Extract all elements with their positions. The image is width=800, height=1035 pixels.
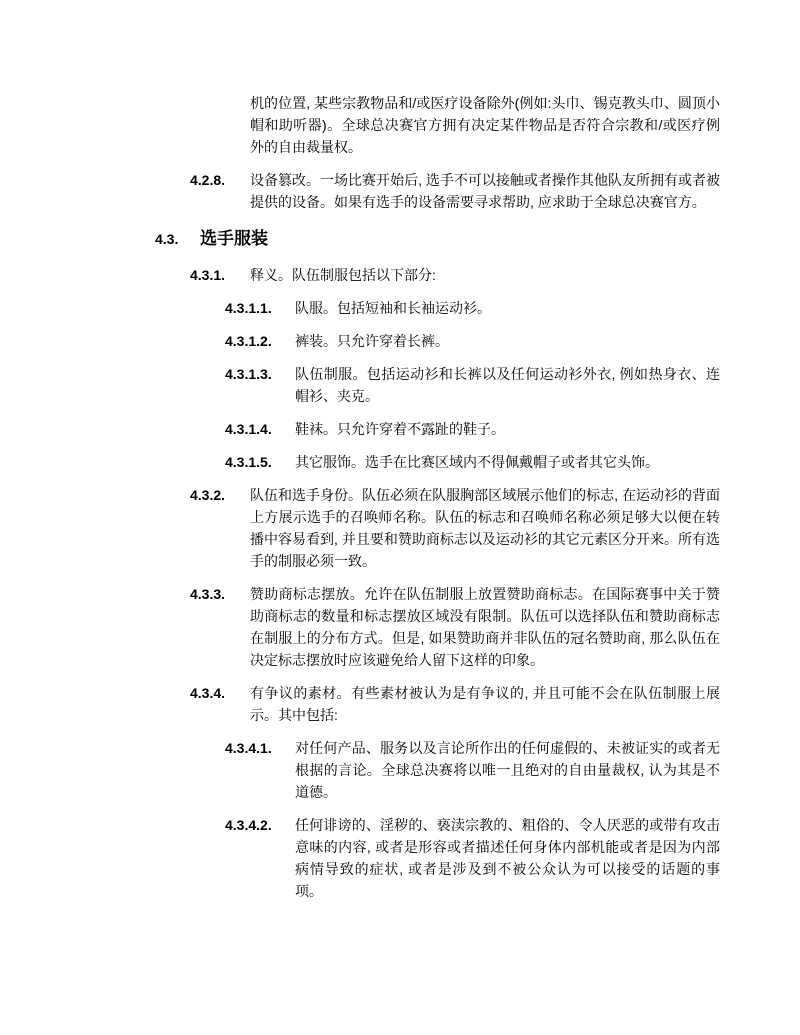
clause-4-3-4-1: 4.3.4.1. 对任何产品、服务以及言论所作出的任何虚假的、未被证实的或者无根… — [225, 737, 800, 803]
clause-text: 鞋袜。只允许穿着不露趾的鞋子。 — [295, 418, 720, 440]
clause-number: 4.3.2. — [190, 484, 250, 506]
clause-4-3-2: 4.3.2. 队伍和选手身份。队伍必须在队服胸部区域展示他们的标志, 在运动衫的… — [190, 484, 800, 572]
clause-number: 4.3.1.4. — [225, 418, 295, 440]
clause-text: 队伍和选手身份。队伍必须在队服胸部区域展示他们的标志, 在运动衫的背面上方展示选… — [250, 484, 720, 572]
clause-4-3-3: 4.3.3. 赞助商标志摆放。允许在队伍制服上放置赞助商标志。在国际赛事中关于赞… — [190, 583, 800, 671]
clause-number: 4.3.1.2. — [225, 330, 295, 352]
clause-number: 4.2.8. — [190, 169, 250, 191]
clause-text: 其它服饰。选手在比赛区域内不得佩戴帽子或者其它头饰。 — [295, 451, 720, 473]
clause-number: 4.3.4.2. — [225, 814, 295, 836]
section-heading-4-3: 4.3. 选手服装 — [155, 226, 800, 252]
document-page: 机的位置, 某些宗教物品和/或医疗设备除外(例如:头巾、锡克教头巾、圆顶小帽和助… — [0, 0, 800, 1035]
clause-4-2-8: 4.2.8. 设备篡改。一场比赛开始后, 选手不可以接触或者操作其他队友所拥有或… — [190, 169, 800, 213]
clause-4-3-4: 4.3.4. 有争议的素材。有些素材被认为是有争议的, 并且可能不会在队伍制服上… — [190, 682, 800, 726]
clause-text: 有争议的素材。有些素材被认为是有争议的, 并且可能不会在队伍制服上展示。其中包括… — [250, 682, 720, 726]
clause-4-3-1-4: 4.3.1.4. 鞋袜。只允许穿着不露趾的鞋子。 — [225, 418, 800, 440]
clause-text: 设备篡改。一场比赛开始后, 选手不可以接触或者操作其他队友所拥有或者被提供的设备… — [250, 169, 720, 213]
clause-number: 4.3.3. — [190, 583, 250, 605]
clause-4-3-1-3: 4.3.1.3. 队伍制服。包括运动衫和长裤以及任何运动衫外衣, 例如热身衣、连… — [225, 363, 800, 407]
clause-number: 4.3.4. — [190, 682, 250, 704]
clause-text: 机的位置, 某些宗教物品和/或医疗设备除外(例如:头巾、锡克教头巾、圆顶小帽和助… — [250, 92, 720, 158]
clause-4-3-4-2: 4.3.4.2. 任何诽谤的、淫秽的、亵渎宗教的、粗俗的、令人厌恶的或带有攻击意… — [225, 814, 800, 902]
clause-text: 对任何产品、服务以及言论所作出的任何虚假的、未被证实的或者无根据的言论。全球总决… — [295, 737, 720, 803]
section-title: 选手服装 — [200, 226, 268, 252]
clause-4-3-1-2: 4.3.1.2. 裤装。只允许穿着长裤。 — [225, 330, 800, 352]
clause-text: 队伍制服。包括运动衫和长裤以及任何运动衫外衣, 例如热身衣、连帽衫、夹克。 — [295, 363, 720, 407]
clause-text: 队服。包括短袖和长袖运动衫。 — [295, 297, 720, 319]
clause-number: 4.3.1.5. — [225, 451, 295, 473]
clause-4-2-7-continuation: 机的位置, 某些宗教物品和/或医疗设备除外(例如:头巾、锡克教头巾、圆顶小帽和助… — [250, 92, 800, 158]
clause-4-3-1-1: 4.3.1.1. 队服。包括短袖和长袖运动衫。 — [225, 297, 800, 319]
clause-4-3-1: 4.3.1. 释义。队伍制服包括以下部分: — [190, 264, 800, 286]
clause-text: 任何诽谤的、淫秽的、亵渎宗教的、粗俗的、令人厌恶的或带有攻击意味的内容, 或者是… — [295, 814, 720, 902]
clause-number: 4.3.1. — [190, 264, 250, 286]
clause-number: 4.3.1.3. — [225, 363, 295, 385]
clause-4-3-1-5: 4.3.1.5. 其它服饰。选手在比赛区域内不得佩戴帽子或者其它头饰。 — [225, 451, 800, 473]
clause-number: 4.3.1.1. — [225, 297, 295, 319]
clause-text: 裤装。只允许穿着长裤。 — [295, 330, 720, 352]
clause-text: 释义。队伍制服包括以下部分: — [250, 264, 720, 286]
section-number: 4.3. — [155, 228, 200, 250]
clause-text: 赞助商标志摆放。允许在队伍制服上放置赞助商标志。在国际赛事中关于赞助商标志的数量… — [250, 583, 720, 671]
clause-number: 4.3.4.1. — [225, 737, 295, 759]
